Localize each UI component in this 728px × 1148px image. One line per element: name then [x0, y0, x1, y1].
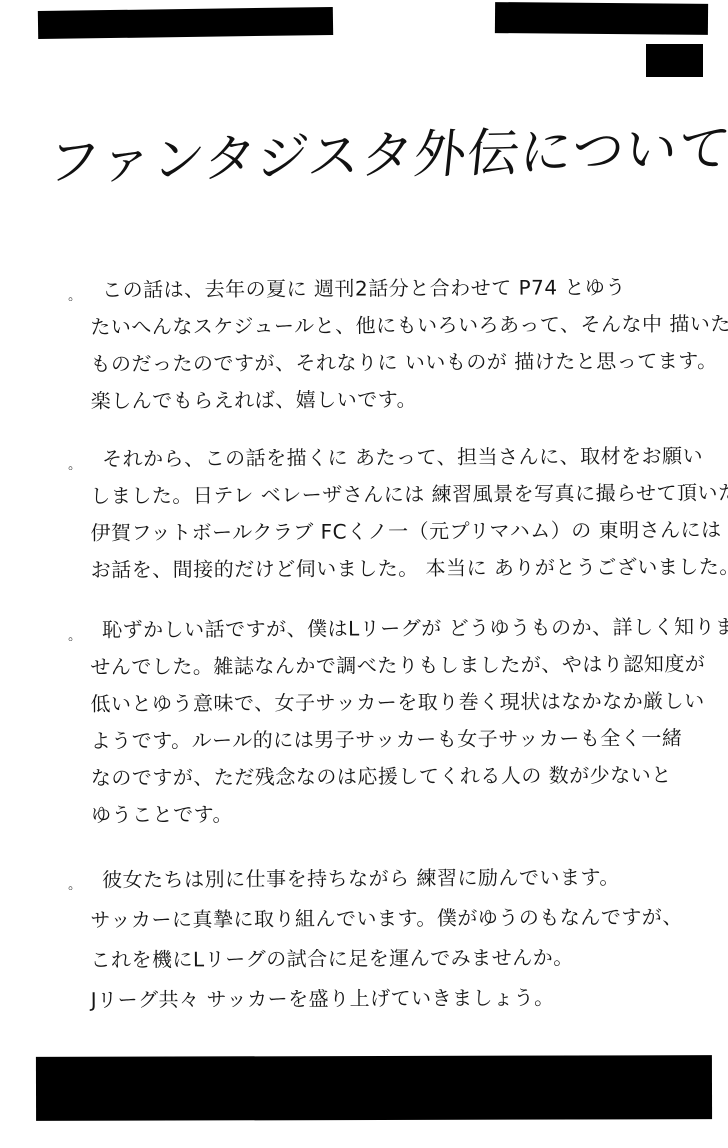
text-line: たいへんなスケジュールと、他にもいろいろあって、そんな中 描いた — [90, 306, 692, 346]
text-line: これを機にLリーグの試合に足を運んでみませんか。 — [90, 937, 692, 980]
bullet-marker: 。 — [68, 866, 81, 906]
scan-artifact-bottom — [36, 1055, 712, 1121]
bullet-marker: 。 — [68, 278, 81, 315]
text-line: ゆうことです。 — [91, 794, 693, 834]
text-line: サッカーに真摯に取り組んでいます。僕がゆうのもなんですが、 — [90, 897, 692, 940]
text-line: ようです。ルール的には男子サッカーも女子サッカーも全く一緒 — [91, 720, 693, 760]
scan-artifact-right-small — [646, 44, 703, 77]
page-title: ファンタジスタ外伝について、 — [44, 108, 722, 205]
text-line: 彼女たちは別に仕事を持ちながら 練習に励んでいます。 — [102, 857, 692, 900]
bullet-marker: 。 — [68, 618, 81, 655]
scan-artifact-top-left — [38, 7, 333, 39]
text-line: 低いとゆう意味で、女子サッカーを取り巻く現状はなかなか厳しい — [90, 683, 692, 723]
text-line: 恥ずかしい話ですが、僕はLリーグが どうゆうものか、詳しく知りま — [102, 609, 692, 649]
text-line: しました。日テレ ベレーザさんには 練習風景を写真に撮らせて頂いたり、 — [90, 475, 692, 515]
scan-artifact-top-right — [495, 2, 708, 35]
paragraph: 。それから、この話を描くに あたって、担当さんに、取材をお願いしました。日テレ … — [62, 438, 693, 589]
paragraph: 。彼女たちは別に仕事を持ちながら 練習に励んでいます。サッカーに真摯に取り組んで… — [62, 857, 693, 1020]
manga-afterword-page: ファンタジスタ外伝について、 。この話は、去年の夏に 週刊2話分と合わせて P7… — [0, 0, 728, 1148]
text-line: 楽しんでもらえれば、嬉しいです。 — [91, 380, 693, 420]
text-line: 伊賀フットボールクラブ FCくノ一（元プリマハム）の 東明さんには いろいろな — [90, 512, 692, 552]
text-line: それから、この話を描くに あたって、担当さんに、取材をお願い — [102, 438, 692, 478]
text-line: この話は、去年の夏に 週刊2話分と合わせて P74 とゆう — [102, 269, 692, 309]
paragraph: 。恥ずかしい話ですが、僕はLリーグが どうゆうものか、詳しく知りませんでした。雑… — [62, 609, 693, 834]
text-line: せんでした。雑誌なんかで調べたりもしましたが、やはり認知度が — [90, 646, 692, 686]
text-line: お話を、間接的だけど伺いました。 本当に ありがとうございました。 — [91, 549, 693, 589]
text-line: ものだったのですが、それなりに いいものが 描けたと思ってます。 — [90, 343, 692, 383]
text-line: Jリーグ共々 サッカーを盛り上げていきましょう。 — [91, 977, 693, 1020]
text-line: なのですが、ただ残念なのは応援してくれる人の 数が少ないと — [91, 757, 693, 797]
bullet-marker: 。 — [68, 447, 81, 484]
paragraph: 。この話は、去年の夏に 週刊2話分と合わせて P74 とゆうたいへんなスケジュー… — [62, 269, 693, 420]
